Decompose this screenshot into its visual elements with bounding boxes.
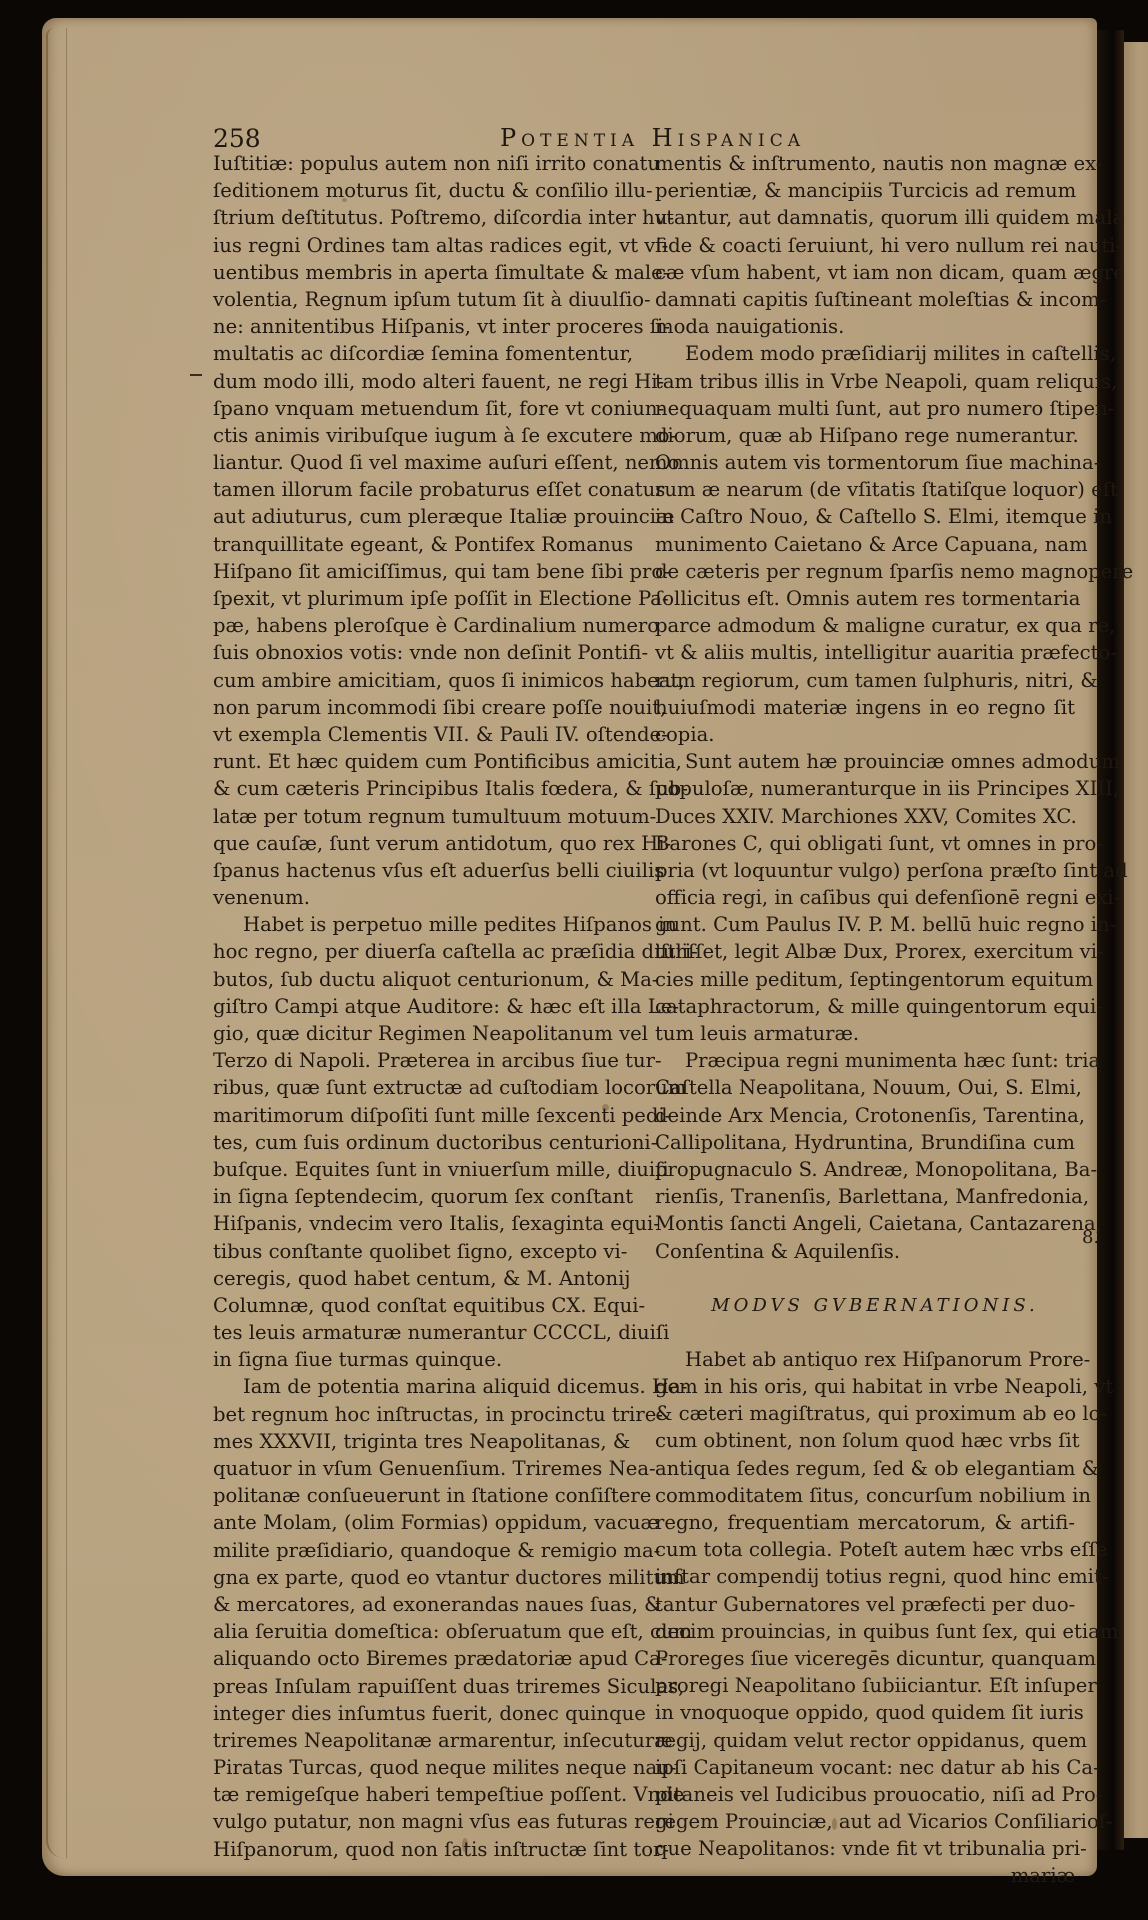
- scanned-book-spread: 258 Potentia Hispanica Iuſtitiæ: populus…: [0, 0, 1148, 1920]
- text-line: preas Inſulam rapuiſſent duas triremes S…: [213, 1673, 531, 1700]
- text-line: Hiſpanis, vndecim vero Italis, ſexaginta…: [213, 1210, 531, 1237]
- text-line: Omnis autem vis tormentorum ſiue machina…: [655, 449, 1075, 476]
- text-line: hoc regno, per diuerſa caſtella ac præſi…: [213, 938, 531, 965]
- text-line: in ſigna ſiue turmas quinque.: [213, 1346, 531, 1373]
- text-line: Conſentina & Aquilenſis.: [655, 1238, 1075, 1265]
- text-line: Sunt autem hæ prouinciæ omnes admodum: [655, 748, 1075, 775]
- text-line: moda nauigationis.: [655, 313, 1075, 340]
- text-line: commoditatem ſitus, concurſum nobilium i…: [655, 1482, 1075, 1509]
- text-line: ſtrium deſtitutus. Poſtremo, diſcordia i…: [213, 204, 531, 231]
- text-line: vt & aliis multis, intelligitur auaritia…: [655, 639, 1075, 666]
- right-text-column: mentis & inſtrumento, nautis non magnæ e…: [655, 150, 1075, 1890]
- text-line: pitaneis vel Iudicibus prouocatio, niſi …: [655, 1781, 1075, 1808]
- text-line: Duces XXIV. Marchiones XXV, Comites XC.: [655, 803, 1075, 830]
- text-line: vulgo putatur, non magni vſus eas futura…: [213, 1808, 531, 1835]
- text-line: cies mille peditum, ſeptingentorum equit…: [655, 966, 1075, 993]
- text-line: ſeditionem moturus ſit, ductu & conſilio…: [213, 177, 531, 204]
- text-line: runt. Et hæc quidem cum Pontificibus ami…: [213, 748, 531, 775]
- text-line: regem Prouinciæ, aut ad Vicarios Conſili…: [655, 1808, 1075, 1835]
- text-line: cum obtinent, non ſolum quod hæc vrbs ſi…: [655, 1427, 1075, 1454]
- text-line: diorum, quæ ab Hiſpano rege numerantur.: [655, 422, 1075, 449]
- text-line: Terzo di Napoli. Præterea in arcibus ſiu…: [213, 1047, 531, 1074]
- text-line: & cum cæteris Principibus Italis fœdera,…: [213, 775, 531, 802]
- text-line: tæ remigeſque haberi tempeſtiue poſſent.…: [213, 1781, 531, 1808]
- text-line: ctis animis viribuſque iugum à ſe excute…: [213, 422, 531, 449]
- text-line: Columnæ, quod conſtat equitibus CX. Equi…: [213, 1292, 531, 1319]
- margin-note: 8.: [1082, 1227, 1099, 1248]
- text-line: integer dies inſumtus fuerit, donec quin…: [213, 1700, 531, 1727]
- text-line: Hiſpano ſit amiciſſimus, qui tam bene ſi…: [213, 558, 531, 585]
- page-fore-edge: [46, 28, 67, 1858]
- text-line: Iam de potentia marina aliquid dicemus. …: [213, 1373, 531, 1400]
- text-line: Habet ab antiquo rex Hiſpanorum Prore-: [655, 1346, 1075, 1373]
- text-line: pria (vt loquuntur vulgo) perſona præſto…: [655, 857, 1075, 884]
- text-line: populoſæ, numeranturque in iis Principes…: [655, 775, 1075, 802]
- text-line: gna ex parte, quod eo vtantur ductores m…: [213, 1564, 531, 1591]
- text-line: in ſigna ſeptendecim, quorum ſex conſtan…: [213, 1183, 531, 1210]
- text-line: fide & coacti ſeruiunt, hi vero nullum r…: [655, 232, 1075, 259]
- text-line: mes XXXVII, triginta tres Neapolitanas, …: [213, 1428, 531, 1455]
- text-line: Montis ſancti Angeli, Caietana, Cantazar…: [655, 1210, 1075, 1237]
- text-line: tibus conſtante quolibet ſigno, excepto …: [213, 1238, 531, 1265]
- text-line: deinde Arx Mencia, Crotonenſis, Tarentin…: [655, 1102, 1075, 1129]
- text-line: maritimorum diſpoſiti ſunt mille ſexcent…: [213, 1102, 531, 1129]
- text-line: uentibus membris in aperta ſimultate & m…: [213, 259, 531, 286]
- text-line: cum ambire amicitiam, quos ſi inimicos h…: [213, 667, 531, 694]
- text-line: Callipolitana, Hydruntina, Brundiſina cu…: [655, 1129, 1075, 1156]
- text-line: aliquando octo Biremes prædatoriæ apud C…: [213, 1645, 531, 1672]
- text-line: rum regiorum, cum tamen ſulphuris, nitri…: [655, 667, 1075, 694]
- text-line: ceregis, quod habet centum, & M. Antonij: [213, 1265, 531, 1292]
- text-line: Proreges ſiue viceregēs dicuntur, quanqu…: [655, 1645, 1075, 1672]
- text-line: munimento Caietano & Arce Capuana, nam: [655, 531, 1075, 558]
- text-line: ius regni Ordines tam altas radices egit…: [213, 232, 531, 259]
- facing-page-edge: [1124, 42, 1148, 1838]
- text-line: buſque. Equites ſunt in vniuerſum mille,…: [213, 1156, 531, 1183]
- text-line: cæ vſum habent, vt iam non dicam, quam æ…: [655, 259, 1075, 286]
- text-line: Habet is perpetuo mille pedites Hiſpanos…: [213, 911, 531, 938]
- text-line: copia.: [655, 721, 1075, 748]
- text-line: & cæteri magiſtratus, qui proximum ab eo…: [655, 1400, 1075, 1427]
- text-line: vtantur, aut damnatis, quorum illi quide…: [655, 204, 1075, 231]
- text-line: tuliſſet, legit Albæ Dux, Prorex, exerci…: [655, 938, 1075, 965]
- text-line: milite præſidiario, quandoque & remigio …: [213, 1537, 531, 1564]
- text-line: inſtar compendij totius regni, quod hinc…: [655, 1563, 1075, 1590]
- text-line: tam tribus illis in Vrbe Neapoli, quam r…: [655, 368, 1075, 395]
- text-line: ſpano vnquam metuendum ſit, fore vt coni…: [213, 395, 531, 422]
- text-line: tranquillitate egeant, & Pontifex Romanu…: [213, 531, 531, 558]
- text-line: rum æ nearum (de vſitatis ſtatiſque loqu…: [655, 476, 1075, 503]
- text-line: mentis & inſtrumento, nautis non magnæ e…: [655, 150, 1075, 177]
- text-line: officia regi, in caſibus qui defenſionē …: [655, 884, 1075, 911]
- text-line: ne: annitentibus Hiſpanis, vt inter proc…: [213, 313, 531, 340]
- text-line: parce admodum & maligne curatur, ex qua …: [655, 612, 1075, 639]
- text-line: tes leuis armaturæ numerantur CCCCL, diu…: [213, 1319, 531, 1346]
- text-line: ſpexit, vt plurimum ipſe poſſit in Elect…: [213, 585, 531, 612]
- catchword: mariæ: [655, 1862, 1075, 1889]
- text-line: ſuis obnoxios votis: vnde non deſinit Po…: [213, 639, 531, 666]
- text-line: huiuſmodi materiæ ingens in eo regno ſit: [655, 694, 1075, 721]
- text-line: & mercatores, ad exonerandas naues ſuas,…: [213, 1591, 531, 1618]
- text-line: butos, ſub ductu aliquot centurionum, & …: [213, 966, 531, 993]
- marginal-dash-mark: [190, 374, 202, 376]
- text-line: ribus, quæ ſunt extructæ ad cuſtodiam lo…: [213, 1074, 531, 1101]
- text-line: giſtro Campi atque Auditore: & hæc eſt i…: [213, 993, 531, 1020]
- text-line: pæ, habens pleroſque è Cardinalium numer…: [213, 612, 531, 639]
- text-line: venenum.: [213, 884, 531, 911]
- text-line: multatis ac diſcordiæ ſemina fomententur…: [213, 340, 531, 367]
- text-line: latæ per totum regnum tumultuum motuum-: [213, 803, 531, 830]
- text-line: vt exempla Clementis VII. & Pauli IV. oſ…: [213, 721, 531, 748]
- text-line: Iuſtitiæ: populus autem non niſi irrito …: [213, 150, 531, 177]
- text-line: perientiæ, & mancipiis Turcicis ad remum: [655, 177, 1075, 204]
- text-line: quatuor in vſum Genuenſium. Triremes Nea…: [213, 1455, 531, 1482]
- text-line: Barones C, qui obligati ſunt, vt omnes i…: [655, 830, 1075, 857]
- text-line: regno, frequentiam mercatorum, & artifi-: [655, 1509, 1075, 1536]
- text-line: in Caſtro Nouo, & Caſtello S. Elmi, item…: [655, 503, 1075, 530]
- text-line: propugnaculo S. Andreæ, Monopolitana, Ba…: [655, 1156, 1075, 1183]
- text-line: politanæ conſueuerunt in ſtatione conſiſ…: [213, 1482, 531, 1509]
- text-line: ipſi Capitaneum vocant: nec datur ab his…: [655, 1754, 1075, 1781]
- text-line: cataphractorum, & mille quingentorum equ…: [655, 993, 1075, 1020]
- text-line: ſollicitus eſt. Omnis autem res tormenta…: [655, 585, 1075, 612]
- text-line: liantur. Quod ſi vel maxime auſuri eſſen…: [213, 449, 531, 476]
- section-heading: MODVS GVBERNATIONIS.: [655, 1292, 1075, 1319]
- text-line: bet regnum hoc inſtructas, in procinctu …: [213, 1401, 531, 1428]
- text-line: Eodem modo præſidiarij milites in caſtel…: [655, 340, 1075, 367]
- text-line: in vnoquoque oppido, quod quidem ſit iur…: [655, 1699, 1075, 1726]
- text-line: Hiſpanorum, quod non ſatis inſtructæ ſin…: [213, 1836, 531, 1863]
- text-line: volentia, Regnum ipſum tutum ſit à diuul…: [213, 286, 531, 313]
- text-line: cum tota collegia. Poteſt autem hæc vrbs…: [655, 1536, 1075, 1563]
- text-line: alia ſeruitia domeſtica: obſeruatum que …: [213, 1618, 531, 1645]
- text-line: gio, quæ dicitur Regimen Neapolitanum ve…: [213, 1020, 531, 1047]
- text-line: antiqua ſedes regum, ſed & ob elegantiam…: [655, 1455, 1075, 1482]
- text-line: de cæteris per regnum ſparſis nemo magno…: [655, 558, 1075, 585]
- text-line: non parum incommodi ſibi creare poſſe no…: [213, 694, 531, 721]
- text-line: tamen illorum facile probaturus eſſet co…: [213, 476, 531, 503]
- text-line: damnati capitis ſuſtineant moleſtias & i…: [655, 286, 1075, 313]
- page-number: 258: [213, 124, 261, 153]
- text-line: Caſtella Neapolitana, Nouum, Oui, S. Elm…: [655, 1074, 1075, 1101]
- text-line: rienſis, Tranenſis, Barlettana, Manfredo…: [655, 1183, 1075, 1210]
- text-line: ſpanus hactenus vſus eſt aduerſus belli …: [213, 857, 531, 884]
- running-title: Potentia Hispanica: [500, 124, 805, 152]
- text-line: regij, quidam velut rector oppidanus, qu…: [655, 1727, 1075, 1754]
- text-line: proregi Neapolitano ſubiiciantur. Eſt in…: [655, 1672, 1075, 1699]
- text-line: dum modo illi, modo alteri fauent, ne re…: [213, 368, 531, 395]
- text-line: que Neapolitanos: vnde fit vt tribunalia…: [655, 1835, 1075, 1862]
- text-line: que cauſæ, ſunt verum antidotum, quo rex…: [213, 830, 531, 857]
- text-line: gem in his oris, qui habitat in vrbe Nea…: [655, 1373, 1075, 1400]
- text-line: ante Molam, (olim Formias) oppidum, vacu…: [213, 1509, 531, 1536]
- text-line: tum leuis armaturæ.: [655, 1020, 1075, 1047]
- text-line: Præcipua regni munimenta hæc ſunt: tria: [655, 1047, 1075, 1074]
- text-line: Piratas Turcas, quod neque milites neque…: [213, 1754, 531, 1781]
- left-text-column: Iuſtitiæ: populus autem non niſi irrito …: [213, 150, 531, 1863]
- text-line: tes, cum ſuis ordinum ductoribus centuri…: [213, 1129, 531, 1156]
- text-line: tantur Gubernatores vel præfecti per duo…: [655, 1591, 1075, 1618]
- text-line: aut adiuturus, cum pleræque Italiæ proui…: [213, 503, 531, 530]
- text-line: triremes Neapolitanæ armarentur, inſecut…: [213, 1727, 531, 1754]
- text-line: decim prouincias, in quibus ſunt ſex, qu…: [655, 1618, 1075, 1645]
- text-line: gunt. Cum Paulus IV. P. M. bellū huic re…: [655, 911, 1075, 938]
- text-line: nequaquam multi ſunt, aut pro numero ſti…: [655, 395, 1075, 422]
